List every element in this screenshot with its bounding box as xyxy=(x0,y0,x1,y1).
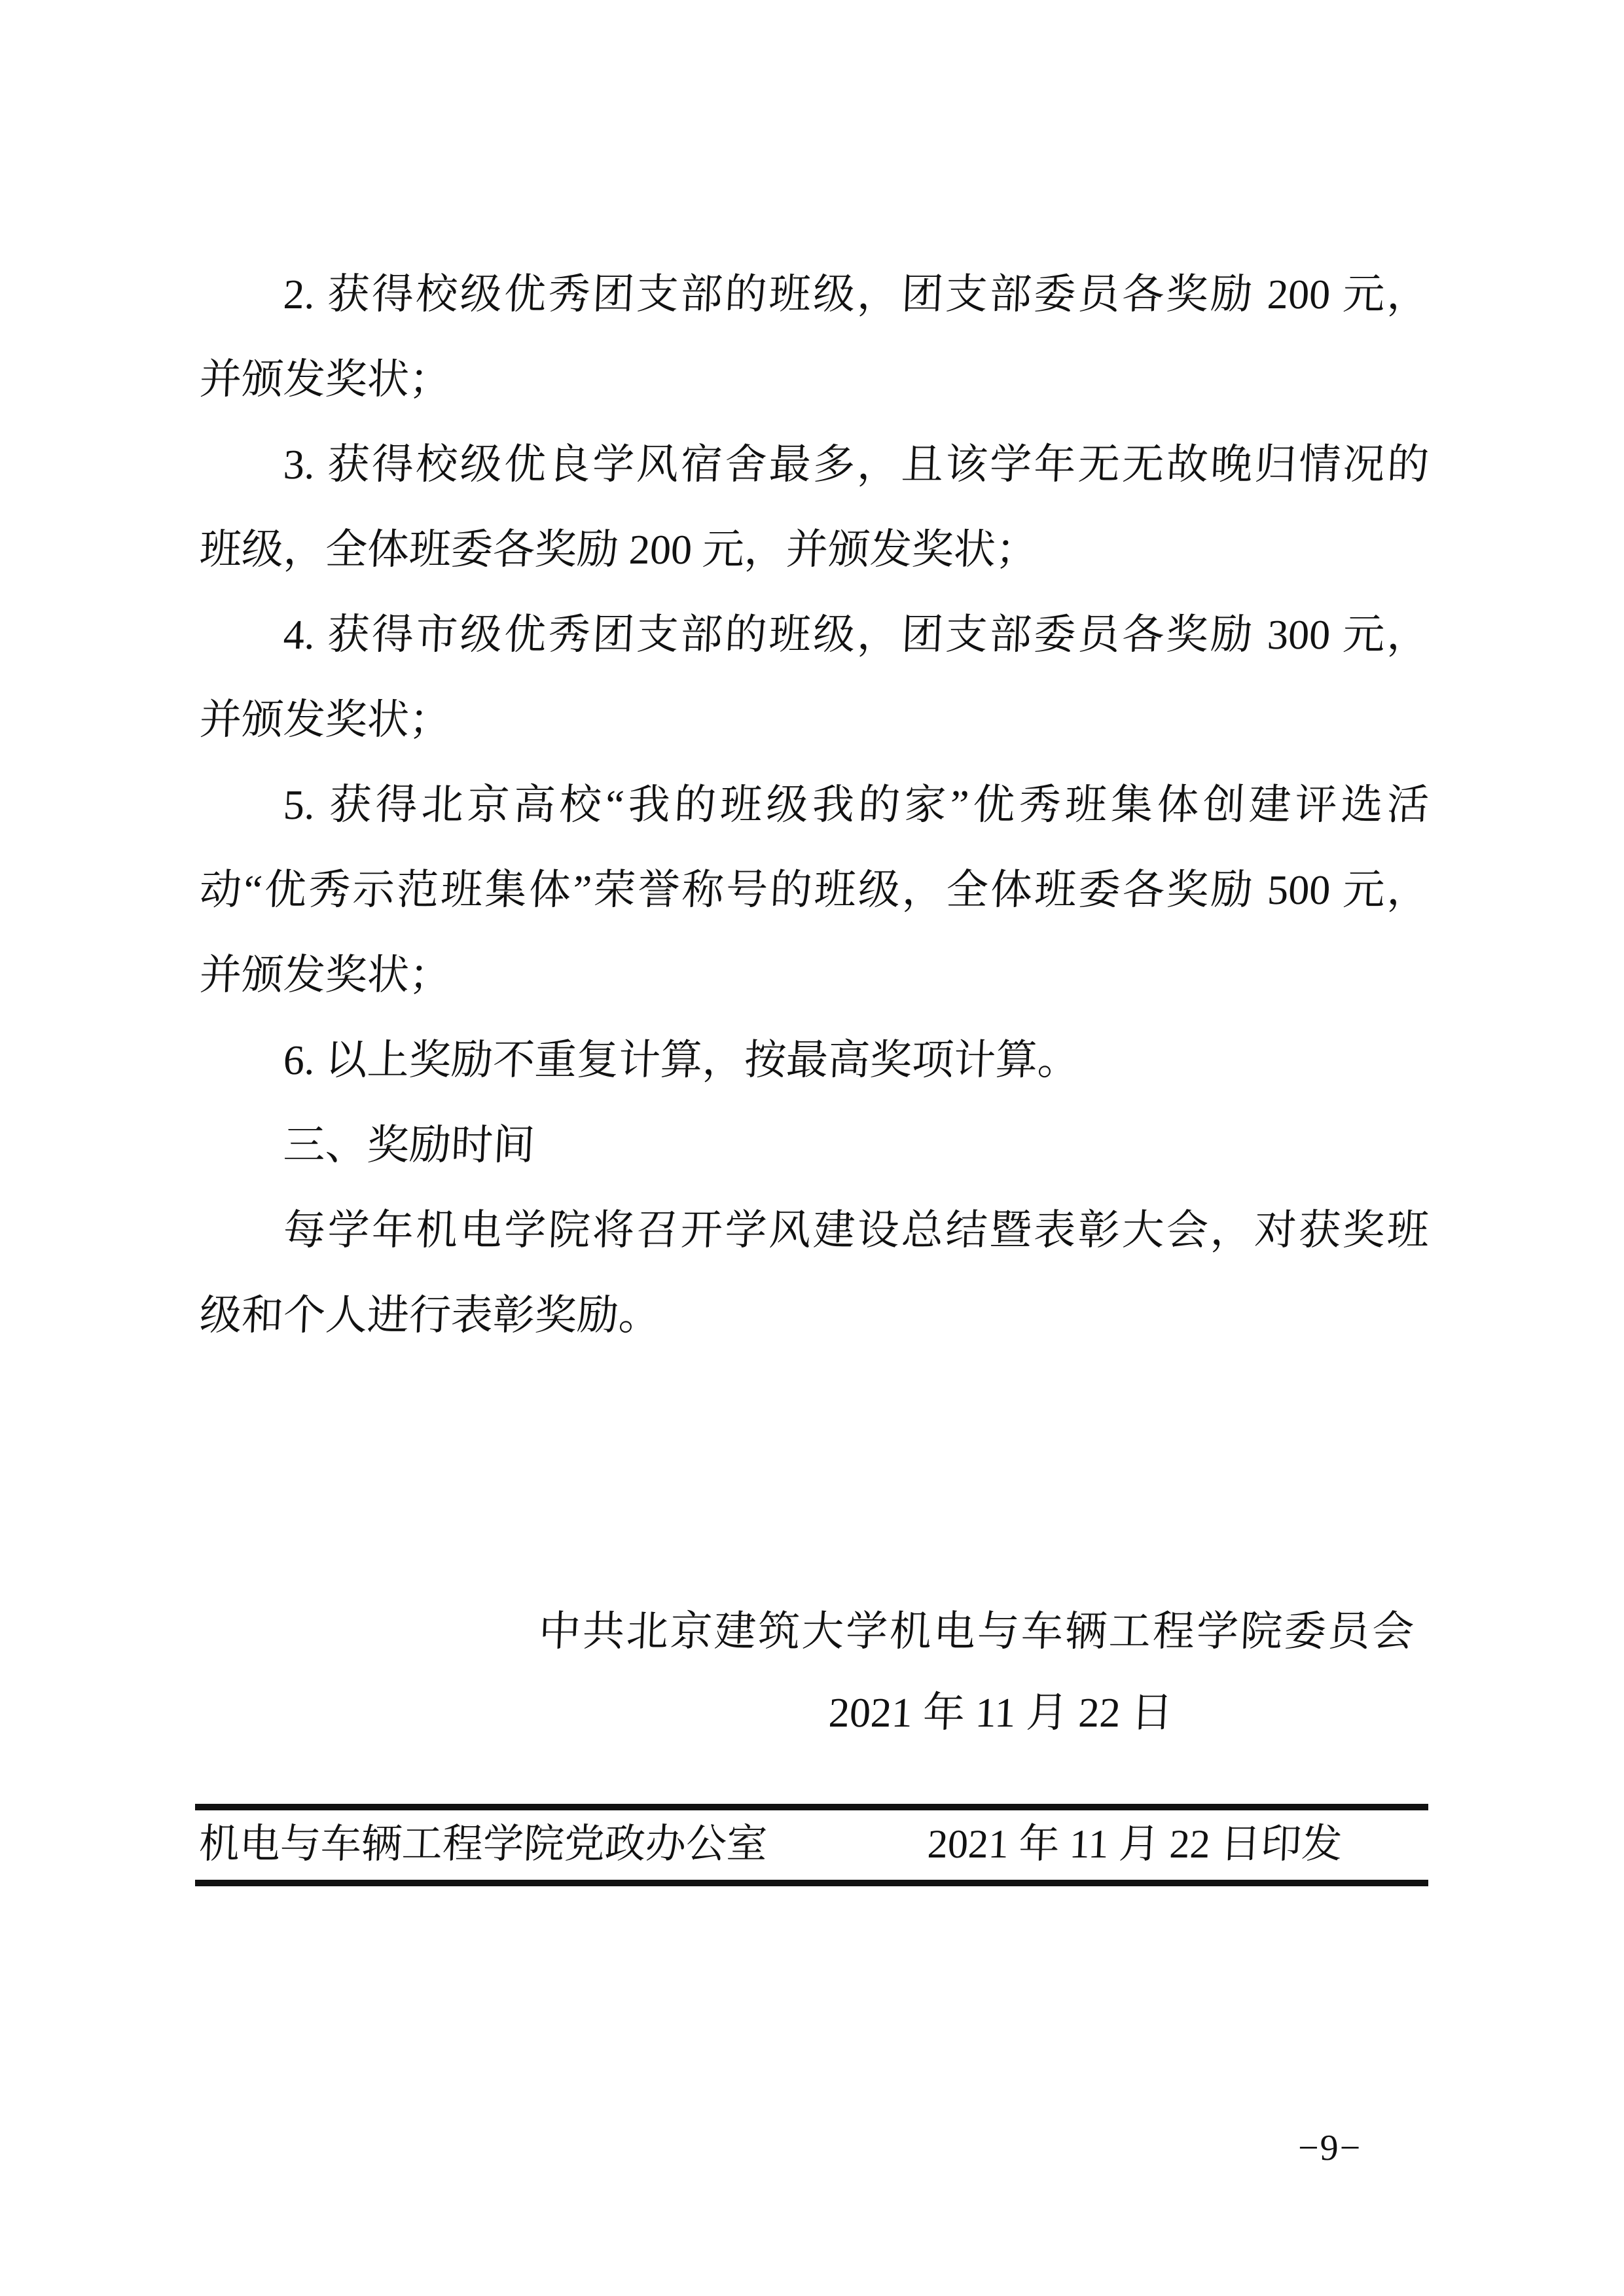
footer-office: 机电与车辆工程学院党政办公室 xyxy=(198,1820,768,1869)
body-line-item6: 6. 以上奖励不重复计算，按最高奖项计算。 xyxy=(198,1018,1431,1103)
page-number: −9− xyxy=(1298,2128,1362,2168)
body-line-item4: 4. 获得市级优秀团支部的班级，团支部委员各奖励 300 元， xyxy=(198,592,1431,677)
body-line-item5-cont2: 并颁发奖状； xyxy=(198,933,1431,1018)
body-line-item2-cont: 并颁发奖状； xyxy=(198,337,1431,422)
body-line-para: 每学年机电学院将召开学风建设总结暨表彰大会，对获奖班 xyxy=(198,1188,1431,1273)
body-text: 2. 获得校级优秀团支部的班级，团支部委员各奖励 200 元， 并颁发奖状； 3… xyxy=(200,252,1429,1358)
body-line-item5-cont: 动“优秀示范班集体”荣誉称号的班级，全体班委各奖励 500 元， xyxy=(198,848,1431,933)
signature-date: 2021 年 11 月 22 日 xyxy=(827,1683,1174,1742)
body-line-item4-cont: 并颁发奖状； xyxy=(198,677,1431,762)
body-line-item5: 5. 获得北京高校“我的班级我的家”优秀班集体创建评选活 xyxy=(198,762,1431,848)
footer-print-date: 2021 年 11 月 22 日印发 xyxy=(926,1820,1343,1869)
section-heading-line: 三、奖励时间 xyxy=(198,1103,1431,1188)
document-page: 2. 获得校级优秀团支部的班级，团支部委员各奖励 200 元， 并颁发奖状； 3… xyxy=(0,0,1624,2296)
body-line-item3-cont: 班级，全体班委各奖励 200 元，并颁发奖状； xyxy=(198,507,1431,592)
body-line-para-cont: 级和个人进行表彰奖励。 xyxy=(198,1273,1431,1358)
body-line-item3: 3. 获得校级优良学风宿舍最多，且该学年无无故晚归情况的 xyxy=(198,422,1431,507)
signature-organization: 中共北京建筑大学机电与车辆工程学院委员会 xyxy=(198,1602,1417,1661)
footer-rule-box: 机电与车辆工程学院党政办公室 2021 年 11 月 22 日印发 xyxy=(195,1804,1428,1886)
body-line-item2: 2. 获得校级优秀团支部的班级，团支部委员各奖励 200 元， xyxy=(198,252,1431,337)
